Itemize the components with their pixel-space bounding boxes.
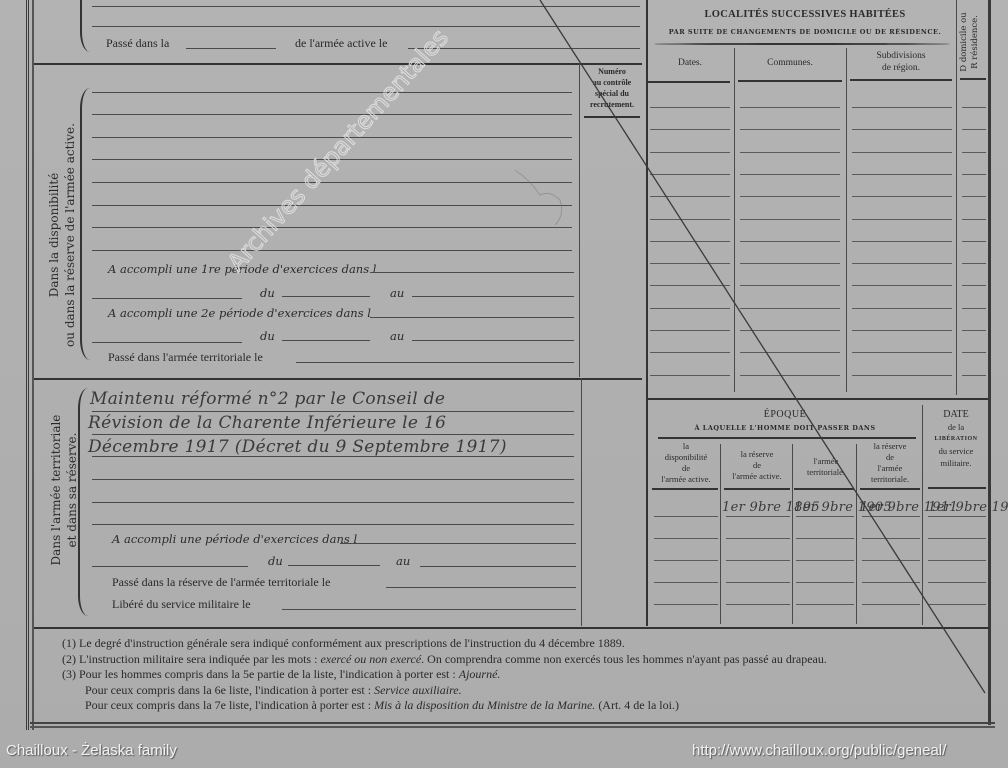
- ruled-line: [650, 174, 730, 175]
- header-line: R résidence.: [970, 4, 981, 80]
- ruled-line: [862, 516, 920, 517]
- ruled-line: [852, 196, 952, 197]
- ruled-line: [928, 516, 986, 517]
- notes-divider: [34, 627, 990, 629]
- ruled-line: [650, 196, 730, 197]
- col-header-rule: [860, 488, 920, 490]
- epoque-col-disponibilite: la disponibilité de l'armée active.: [651, 441, 721, 485]
- ruled-line: [740, 330, 840, 331]
- ruled-line: [650, 219, 730, 220]
- handwritten-annotation-line2: Révision de la Charente Inférieure le 16: [88, 413, 446, 433]
- ruled-line: [726, 604, 790, 605]
- header-line: militaire.: [924, 457, 988, 469]
- reserve-territoriale-label: Passé dans la réserve de l'armée territo…: [112, 575, 330, 590]
- section-divider: [34, 378, 642, 380]
- ruled-line: [928, 604, 986, 605]
- ruled-line: [650, 330, 730, 331]
- passe-label: Passé dans la: [106, 36, 169, 51]
- rule: [92, 434, 574, 435]
- ruled-line: [962, 219, 986, 220]
- ruled-line: [650, 263, 730, 264]
- ruled-line: [852, 129, 952, 130]
- ruled-line: [962, 285, 986, 286]
- frame-left-border: [26, 0, 34, 730]
- note-text: ou: [351, 652, 369, 666]
- ruled-line: [862, 560, 920, 561]
- blank-line: [420, 566, 576, 567]
- localites-col-border: [956, 0, 957, 395]
- rule: [92, 182, 572, 183]
- footnotes: (1) Le degré d'instruction générale sera…: [62, 636, 827, 714]
- note-text: Mis à la disposition du Ministre de la M…: [374, 698, 595, 712]
- header-line: l'armée: [858, 463, 922, 474]
- note-text: Service auxiliaire.: [374, 683, 462, 697]
- header-line: l'armée active.: [722, 471, 792, 482]
- note-text: exercé: [320, 652, 351, 666]
- col-header-rule: [652, 488, 718, 490]
- rule: [92, 26, 640, 27]
- ruled-line: [852, 285, 952, 286]
- header-line: de la: [924, 421, 988, 433]
- blank-line: [282, 340, 370, 341]
- header-line: de: [651, 463, 721, 474]
- side-label-line: Dans l'armée territoriale: [48, 390, 64, 590]
- domicile-residence-header: D domicile ou R résidence.: [959, 4, 981, 80]
- numero-header-line: spécial du: [582, 88, 642, 99]
- ruled-line: [654, 538, 718, 539]
- footnote-3: (3) Pour les hommes compris dans la 5e p…: [62, 667, 827, 683]
- epoque-header-rule: [658, 437, 916, 439]
- numero-header-rule: [584, 116, 640, 118]
- numero-col-border: [579, 63, 580, 377]
- ruled-line: [796, 560, 854, 561]
- ruled-line: [654, 582, 718, 583]
- col-divider: [734, 48, 735, 392]
- ruled-line: [852, 330, 952, 331]
- col-divider: [856, 444, 857, 624]
- ruled-line: [650, 129, 730, 130]
- footer-url-link[interactable]: http://www.chailloux.org/public/geneal/: [692, 742, 946, 759]
- ruled-line: [862, 604, 920, 605]
- ruled-line: [650, 241, 730, 242]
- periode-label: A accompli une période d'exercices dans …: [112, 532, 357, 546]
- header-line: la réserve: [722, 449, 792, 460]
- disponibilite-brace: [80, 88, 90, 360]
- blank-line: [282, 296, 370, 297]
- frame-bottom-border: [30, 722, 995, 728]
- ruled-line: [650, 352, 730, 353]
- footer-family-label: Chailloux - Żelaska family: [6, 742, 177, 759]
- ruled-line: [852, 152, 952, 153]
- side-label-line: ou dans la réserve de l'armée active.: [62, 100, 78, 370]
- header-line: l'armée active.: [651, 474, 721, 485]
- ruled-line: [654, 604, 718, 605]
- note-text: Pour ceux compris dans la 7e liste, l'in…: [85, 698, 374, 712]
- ruled-line: [740, 219, 840, 220]
- col-header-rule: [794, 488, 854, 490]
- col-divider: [792, 444, 793, 624]
- ruled-line: [852, 263, 952, 264]
- col-dates-header: Dates.: [648, 58, 732, 68]
- au-label: au: [390, 329, 404, 343]
- side-label-line: Dans la disponibilité: [46, 100, 62, 370]
- note-text: (2) L'instruction militaire sera indiqué…: [62, 652, 320, 666]
- du-label: du: [268, 554, 283, 568]
- ruled-line: [740, 174, 840, 175]
- ruled-line: [962, 308, 986, 309]
- footnote-2: (2) L'instruction militaire sera indiqué…: [62, 652, 827, 668]
- blank-line: [340, 543, 576, 544]
- rule: [92, 250, 572, 251]
- blank-line: [282, 609, 576, 610]
- ruled-line: [726, 560, 790, 561]
- main-column-divider: [646, 0, 648, 626]
- col-header-rule: [960, 78, 986, 80]
- blank-line: [288, 565, 380, 566]
- ruled-line: [650, 107, 730, 108]
- localites-title: LOCALITÉS SUCCESSIVES HABITÉES: [650, 9, 960, 20]
- ruled-line: [852, 308, 952, 309]
- ruled-line: [650, 375, 730, 376]
- note-text: Pour ceux compris dans la 6e liste, l'in…: [85, 683, 374, 697]
- col-header-rule: [928, 487, 986, 489]
- col-subdivisions-header: Subdivisions de région.: [848, 50, 954, 74]
- rule: [92, 114, 572, 115]
- header-line: disponibilité: [651, 452, 721, 463]
- header-line: du service: [924, 445, 988, 457]
- note-text: non exercé: [369, 652, 421, 666]
- ruled-line: [740, 375, 840, 376]
- ruled-line: [962, 241, 986, 242]
- rule: [92, 524, 574, 525]
- rule: [92, 411, 574, 412]
- rule: [92, 92, 572, 93]
- ruled-line: [726, 582, 790, 583]
- archives-watermark: Archives départementales: [222, 24, 454, 277]
- epoque-subtitle: À LAQUELLE L'HOMME DOIT PASSER DANS: [650, 424, 920, 432]
- blank-line: [412, 340, 574, 341]
- libere-label: Libéré du service militaire le: [112, 597, 251, 612]
- ruled-line: [796, 582, 854, 583]
- blank-line: [386, 587, 576, 588]
- ruled-line: [740, 241, 840, 242]
- col-divider: [846, 48, 847, 392]
- au-label: au: [390, 286, 404, 300]
- ruled-line: [726, 538, 790, 539]
- ruled-line: [962, 352, 986, 353]
- ruled-line: [796, 604, 854, 605]
- ruled-line: [852, 107, 952, 108]
- col-communes-header: Communes.: [736, 58, 844, 68]
- ruled-line: [962, 375, 986, 376]
- header-line: DATE: [924, 409, 988, 421]
- blank-line: [92, 566, 248, 567]
- footnote-1: (1) Le degré d'instruction générale sera…: [62, 636, 827, 652]
- ruled-line: [740, 263, 840, 264]
- epoque-col-reserve-territoriale: la réserve de l'armée territoriale.: [858, 441, 922, 485]
- disponibilite-side-label: Dans la disponibilité ou dans la réserve…: [46, 100, 78, 370]
- ruled-line: [852, 375, 952, 376]
- blank-line: [370, 272, 574, 273]
- ruled-line: [962, 196, 986, 197]
- ruled-line: [654, 560, 718, 561]
- col-header-rule: [850, 79, 952, 81]
- handwritten-annotation-line3: Décembre 1917 (Décret du 9 Septembre 191…: [88, 437, 507, 457]
- epoque-title: ÉPOQUE: [650, 409, 920, 420]
- date-liberation-header: DATE de la LIBÉRATION du service militai…: [924, 409, 988, 469]
- header-line: territoriale.: [794, 467, 858, 478]
- ruled-line: [962, 129, 986, 130]
- frame-right-border: [988, 0, 993, 725]
- ruled-line: [726, 516, 790, 517]
- header-line: D domicile ou: [959, 4, 970, 80]
- epoque-col-territoriale: l'armée territoriale.: [794, 456, 858, 478]
- ruled-line: [852, 174, 952, 175]
- blank-line: [412, 296, 574, 297]
- header-line: de région.: [848, 62, 954, 74]
- localites-subtitle: PAR SUITE DE CHANGEMENTS DE DOMICILE OU …: [650, 28, 960, 36]
- numero-col-border: [581, 378, 582, 626]
- rule: [92, 479, 574, 480]
- header-line: territoriale.: [858, 474, 922, 485]
- header-line: de: [858, 452, 922, 463]
- ruled-line: [650, 308, 730, 309]
- ruled-line: [740, 152, 840, 153]
- rule: [92, 502, 574, 503]
- localites-header-rule: [654, 43, 950, 45]
- col-header-rule: [648, 81, 730, 83]
- numero-header-line: Numéro: [582, 66, 642, 77]
- ruled-line: [852, 219, 952, 220]
- ruled-line: [650, 285, 730, 286]
- rule: [92, 6, 640, 7]
- ruled-line: [654, 516, 718, 517]
- epoque-col-reserve-active: la réserve de l'armée active.: [722, 449, 792, 482]
- ruled-line: [740, 107, 840, 108]
- header-line: LIBÉRATION: [924, 433, 988, 445]
- ruled-line: [928, 560, 986, 561]
- col-divider: [922, 405, 923, 625]
- header-line: la réserve: [858, 441, 922, 452]
- handwritten-annotation-line1: Maintenu réformé n°2 par le Conseil de: [90, 389, 445, 409]
- date-liberation-value: 1er 9bre 1917: [928, 500, 1008, 515]
- blank-line: [296, 362, 574, 363]
- footnote-4: Pour ceux compris dans la 6e liste, l'in…: [62, 683, 827, 699]
- ruled-line: [852, 352, 952, 353]
- ruled-line: [650, 152, 730, 153]
- armee-active-label: de l'armée active le: [295, 36, 387, 51]
- ruled-line: [928, 582, 986, 583]
- blank-line: [186, 48, 276, 49]
- col-header-rule: [724, 488, 790, 490]
- col-divider: [720, 444, 721, 624]
- ruled-line: [852, 241, 952, 242]
- territoriale-label: Passé dans l'armée territoriale le: [108, 350, 263, 365]
- ruled-line: [962, 107, 986, 108]
- note-text: Ajourné.: [459, 667, 501, 681]
- header-line: Subdivisions: [848, 50, 954, 62]
- section-divider: [34, 63, 642, 65]
- numero-header: Numéro au contrôle spécial du recrutemen…: [582, 66, 642, 110]
- section-divider: [648, 398, 988, 400]
- ruled-line: [740, 129, 840, 130]
- au-label: au: [396, 554, 410, 568]
- rule: [92, 205, 572, 206]
- ruled-line: [962, 330, 986, 331]
- header-line: l'armée: [794, 456, 858, 467]
- ruled-line: [740, 285, 840, 286]
- note-text: . On comprendra comme non exercés tous l…: [421, 652, 827, 666]
- ruled-line: [962, 152, 986, 153]
- du-label: du: [260, 329, 275, 343]
- top-brace: [80, 0, 90, 52]
- col-header-rule: [738, 80, 842, 82]
- ruled-line: [740, 352, 840, 353]
- ruled-line: [796, 516, 854, 517]
- footnote-5: Pour ceux compris dans la 7e liste, l'in…: [62, 698, 827, 714]
- note-text: (3) Pour les hommes compris dans la 5e p…: [62, 667, 459, 681]
- territoriale-side-label: Dans l'armée territoriale et dans sa rés…: [48, 390, 80, 590]
- document-page: Passé dans la de l'armée active le Dans …: [0, 0, 1008, 768]
- ruled-line: [862, 582, 920, 583]
- blank-line: [370, 317, 574, 318]
- note-text: (Art. 4 de la loi.): [595, 698, 679, 712]
- blank-line: [92, 298, 242, 299]
- numero-header-line: recrutement.: [582, 99, 642, 110]
- ruled-line: [928, 538, 986, 539]
- ruled-line: [962, 263, 986, 264]
- blank-line: [92, 342, 242, 343]
- ruled-line: [962, 174, 986, 175]
- du-label: du: [260, 286, 275, 300]
- territoriale-brace: [78, 388, 88, 616]
- ruled-line: [862, 538, 920, 539]
- ruled-line: [740, 196, 840, 197]
- header-line: de: [722, 460, 792, 471]
- ruled-line: [796, 538, 854, 539]
- ruled-line: [740, 308, 840, 309]
- periode2-label: A accompli une 2e période d'exercices da…: [108, 306, 371, 320]
- rule: [92, 227, 572, 228]
- numero-header-line: au contrôle: [582, 77, 642, 88]
- header-line: la: [651, 441, 721, 452]
